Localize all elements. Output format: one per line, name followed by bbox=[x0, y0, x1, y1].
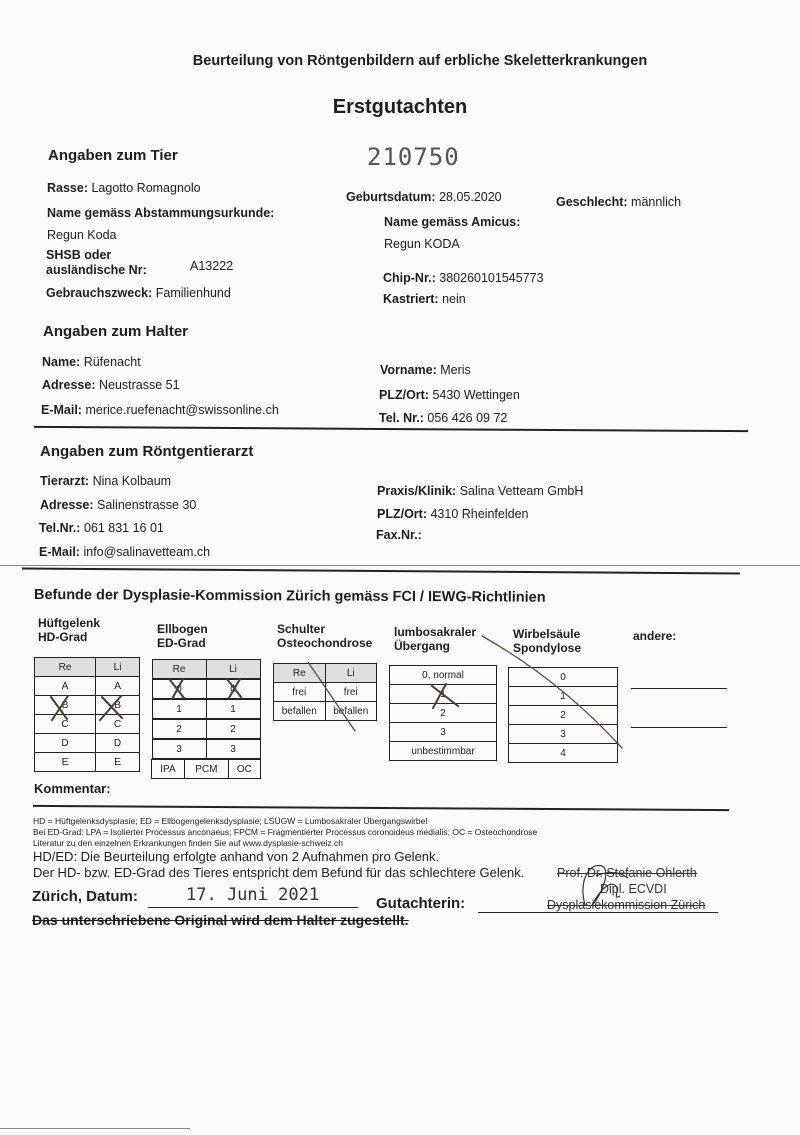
vet-clinic-value: Salina Vetteam GmbH bbox=[460, 484, 584, 498]
shoulder-re-free[interactable]: frei bbox=[274, 683, 326, 702]
divider-vet bbox=[22, 567, 740, 574]
hd-li-d[interactable]: D bbox=[96, 734, 140, 753]
spine-option-1[interactable]: 1 bbox=[509, 687, 618, 706]
vet-address-value: Salinenstrasse 30 bbox=[97, 498, 196, 512]
vet-zip-label: PLZ/Ort: bbox=[377, 507, 427, 521]
ls-option-0[interactable]: 0, normal bbox=[390, 666, 497, 685]
spine-option-2[interactable]: 2 bbox=[509, 706, 618, 725]
amicus-name-value: Regun KODA bbox=[384, 237, 460, 251]
sex-value: männlich bbox=[631, 195, 681, 209]
animal-heading: Angaben zum Tier bbox=[48, 147, 178, 164]
other-line-1[interactable] bbox=[631, 688, 727, 689]
ls-option-1[interactable]: 1 bbox=[390, 685, 497, 704]
divider-owner bbox=[34, 426, 748, 432]
owner-address-label: Adresse: bbox=[42, 378, 96, 392]
vet-clinic-label: Praxis/Klinik: bbox=[377, 484, 456, 498]
vet-phone-field: Tel.Nr.: 061 831 16 01 bbox=[39, 521, 164, 535]
owner-firstname-value: Meris bbox=[440, 363, 471, 377]
ed-li-2[interactable]: 2 bbox=[206, 720, 260, 739]
examiner-name: Prof. Dr. Stefanie Ohlerth bbox=[557, 866, 697, 880]
owner-name-value: Rüfenacht bbox=[84, 355, 141, 369]
signature-line bbox=[478, 912, 718, 913]
vet-fax-field: Fax.Nr.: bbox=[376, 528, 422, 542]
lumbosacral-title: lumbosakraler Übergang bbox=[394, 625, 476, 653]
footnote-3: Literatur zu den einzelnen Erkrankungen … bbox=[33, 838, 343, 849]
hd-re-a[interactable]: A bbox=[35, 677, 96, 696]
neutered-value: nein bbox=[442, 292, 466, 306]
hd-li-b[interactable]: B bbox=[96, 696, 140, 715]
spine-option-0[interactable]: 0 bbox=[509, 668, 618, 687]
examiner-title: Dipl. ECVDI bbox=[600, 882, 667, 896]
scan-edge-line bbox=[0, 1128, 190, 1129]
owner-phone-value: 056 426 09 72 bbox=[427, 411, 507, 425]
ed-li-0[interactable]: 0 bbox=[206, 680, 260, 699]
owner-email-value: merice.ruefenacht@swissonline.ch bbox=[85, 403, 278, 417]
vet-clinic-field: Praxis/Klinik: Salina Vetteam GmbH bbox=[377, 484, 583, 498]
hd-re-c[interactable]: C bbox=[35, 715, 96, 734]
hd-grade-table: Re Li AA BB CC DD EE bbox=[34, 657, 140, 772]
chip-label: Chip-Nr.: bbox=[383, 271, 436, 285]
ed-re-2[interactable]: 2 bbox=[152, 720, 206, 739]
stamp-number: 210750 bbox=[367, 143, 460, 171]
comment-divider bbox=[33, 805, 729, 811]
spine-option-4[interactable]: 4 bbox=[509, 744, 618, 763]
examiner-org: Dysplasiekommission Zürich bbox=[547, 898, 705, 912]
shoulder-col-re: Re bbox=[274, 664, 326, 683]
ed-type-ipa[interactable]: IPA bbox=[152, 760, 185, 779]
ed-col-re: Re bbox=[152, 660, 206, 679]
shsb-label-1: SHSB oder bbox=[46, 248, 111, 262]
vet-address-field: Adresse: Salinenstrasse 30 bbox=[40, 498, 196, 512]
comment-label: Kommentar: bbox=[34, 781, 111, 796]
birthdate-value: 28.05.2020 bbox=[439, 190, 502, 204]
hd-re-b[interactable]: B bbox=[35, 696, 96, 715]
ed-re-0[interactable]: 0 bbox=[152, 680, 206, 699]
sex-label: Geschlecht: bbox=[556, 195, 628, 209]
owner-phone-field: Tel. Nr.: 056 426 09 72 bbox=[379, 411, 507, 425]
shoulder-li-free[interactable]: frei bbox=[325, 683, 377, 702]
shoulder-title-2: Osteochondrose bbox=[277, 636, 372, 650]
findings-heading: Befunde der Dysplasie-Kommission Zürich … bbox=[34, 587, 546, 606]
ed-re-1[interactable]: 1 bbox=[152, 700, 206, 719]
footnote-2: Bei ED-Grad: LPA = Isolierter Processus … bbox=[33, 827, 537, 838]
sex-field: Geschlecht: männlich bbox=[556, 195, 681, 209]
ed-li-3[interactable]: 3 bbox=[206, 740, 260, 759]
hd-col-re: Re bbox=[35, 658, 96, 677]
examiner-label: Gutachterin: bbox=[376, 895, 465, 912]
breed-field: Rasse: Lagotto Romagnolo bbox=[47, 181, 201, 195]
original-note: Das unterschriebene Original wird dem Ha… bbox=[32, 912, 409, 928]
vet-email-field: E-Mail: info@salinavetteam.ch bbox=[39, 545, 210, 559]
purpose-value: Familienhund bbox=[156, 286, 231, 300]
owner-name-field: Name: Rüfenacht bbox=[42, 355, 141, 369]
pedigree-name-label: Name gemäss Abstammungsurkunde: bbox=[47, 206, 274, 220]
owner-zip-value: 5430 Wettingen bbox=[432, 388, 519, 402]
footnote-1: HD = Hüftgelenksdysplasie; ED = Ellbogen… bbox=[33, 816, 427, 827]
document-subtitle: Erstgutachten bbox=[0, 96, 800, 119]
note-2: Der HD- bzw. ED-Grad des Tieres entspric… bbox=[33, 865, 524, 880]
ed-col-li: Li bbox=[206, 660, 260, 679]
vet-name-label: Tierarzt: bbox=[40, 474, 89, 488]
vet-name-field: Tierarzt: Nina Kolbaum bbox=[40, 474, 171, 488]
shoulder-title: Schulter Osteochondrose bbox=[277, 622, 372, 650]
spine-title-1: Wirbelsäule bbox=[513, 627, 581, 641]
owner-address-field: Adresse: Neustrasse 51 bbox=[42, 378, 180, 392]
shoulder-col-li: Li bbox=[325, 664, 377, 683]
hd-title-2: HD-Grad bbox=[38, 630, 100, 644]
hd-title-1: Hüftgelenk bbox=[38, 616, 100, 630]
shoulder-table: Re Li freifrei befallenbefallen bbox=[273, 663, 377, 721]
ed-li-1[interactable]: 1 bbox=[206, 700, 260, 719]
ls-option-undetermined[interactable]: unbestimmbar bbox=[390, 742, 497, 761]
ed-title-1: Ellbogen bbox=[157, 622, 208, 636]
spine-option-3[interactable]: 3 bbox=[509, 725, 618, 744]
owner-phone-label: Tel. Nr.: bbox=[379, 411, 424, 425]
shsb-label-2: ausländische Nr: bbox=[46, 263, 147, 277]
owner-address-value: Neustrasse 51 bbox=[99, 378, 180, 392]
vet-email-label: E-Mail: bbox=[39, 545, 80, 559]
lumbosacral-table: 0, normal 1 2 3 unbestimmbar bbox=[389, 665, 497, 761]
chip-value: 380260101545773 bbox=[439, 271, 543, 285]
ed-title-2: ED-Grad bbox=[157, 636, 208, 650]
ed-type-pcm[interactable]: PCM bbox=[184, 760, 228, 779]
lumbosacral-title-1: lumbosakraler bbox=[394, 625, 476, 639]
vet-zip-value: 4310 Rheinfelden bbox=[430, 507, 528, 521]
owner-heading: Angaben zum Halter bbox=[43, 323, 188, 340]
scan-fold-line bbox=[0, 565, 800, 566]
owner-zip-label: PLZ/Ort: bbox=[379, 388, 429, 402]
vet-phone-label: Tel.Nr.: bbox=[39, 521, 80, 535]
birthdate-label: Geburtsdatum: bbox=[346, 190, 436, 204]
owner-firstname-label: Vorname: bbox=[380, 363, 437, 377]
hd-li-c[interactable]: C bbox=[96, 715, 140, 734]
ed-re-3[interactable]: 3 bbox=[152, 740, 206, 759]
hd-title: Hüftgelenk HD-Grad bbox=[38, 616, 100, 644]
vet-zip-field: PLZ/Ort: 4310 Rheinfelden bbox=[377, 507, 528, 521]
vet-email-value: info@salinavetteam.ch bbox=[83, 545, 210, 559]
vet-fax-label: Fax.Nr.: bbox=[376, 528, 422, 542]
breed-value: Lagotto Romagnolo bbox=[91, 181, 200, 195]
spine-title-2: Spondylose bbox=[513, 641, 581, 655]
vet-address-label: Adresse: bbox=[40, 498, 94, 512]
vet-heading: Angaben zum Röntgentierarzt bbox=[40, 443, 253, 460]
other-title: andere: bbox=[633, 629, 676, 643]
chip-field: Chip-Nr.: 380260101545773 bbox=[383, 271, 544, 285]
place-date-label: Zürich, Datum: bbox=[32, 888, 138, 905]
examiner-name-text: Prof. Dr. Stefanie Ohlerth bbox=[557, 866, 697, 880]
birthdate-field: Geburtsdatum: 28.05.2020 bbox=[346, 190, 502, 204]
neutered-field: Kastriert: nein bbox=[383, 292, 466, 306]
other-line-2[interactable] bbox=[631, 727, 727, 728]
vet-phone-value: 061 831 16 01 bbox=[84, 521, 164, 535]
note-1: HD/ED: Die Beurteilung erfolgte anhand v… bbox=[33, 849, 439, 864]
lumbosacral-title-2: Übergang bbox=[394, 639, 476, 653]
vet-name-value: Nina Kolbaum bbox=[93, 474, 172, 488]
shsb-value: A13222 bbox=[190, 259, 233, 273]
owner-name-label: Name: bbox=[42, 355, 80, 369]
owner-email-label: E-Mail: bbox=[41, 403, 82, 417]
hd-li-a[interactable]: A bbox=[96, 677, 140, 696]
hd-re-e[interactable]: E bbox=[35, 753, 96, 772]
ed-type-oc[interactable]: OC bbox=[228, 760, 260, 779]
purpose-label: Gebrauchszweck: bbox=[46, 286, 152, 300]
document-title: Beurteilung von Röntgenbildern auf erbli… bbox=[0, 53, 800, 69]
ed-grade-table: Re Li 0 0 1 1 2 2 3 3 IPA PCM OC bbox=[151, 659, 261, 779]
owner-zip-field: PLZ/Ort: 5430 Wettingen bbox=[379, 388, 520, 402]
hd-col-li: Li bbox=[96, 658, 140, 677]
hd-re-d[interactable]: D bbox=[35, 734, 96, 753]
breed-label: Rasse: bbox=[47, 181, 88, 195]
shoulder-re-affected[interactable]: befallen bbox=[274, 702, 326, 721]
sign-date: 17. Juni 2021 bbox=[186, 885, 319, 905]
spine-table: 0 1 2 3 4 bbox=[508, 667, 618, 763]
owner-firstname-field: Vorname: Meris bbox=[380, 363, 471, 377]
spine-title: Wirbelsäule Spondylose bbox=[513, 627, 581, 655]
ls-option-3[interactable]: 3 bbox=[390, 723, 497, 742]
shoulder-li-affected[interactable]: befallen bbox=[325, 702, 377, 721]
amicus-name-label: Name gemäss Amicus: bbox=[384, 215, 520, 229]
purpose-field: Gebrauchszweck: Familienhund bbox=[46, 286, 231, 300]
neutered-label: Kastriert: bbox=[383, 292, 439, 306]
ls-option-2[interactable]: 2 bbox=[390, 704, 497, 723]
shoulder-title-1: Schulter bbox=[277, 622, 372, 636]
date-line bbox=[148, 907, 358, 908]
ed-title: Ellbogen ED-Grad bbox=[157, 622, 208, 650]
pedigree-name-value: Regun Koda bbox=[47, 228, 117, 242]
owner-email-field: E-Mail: merice.ruefenacht@swissonline.ch bbox=[41, 403, 279, 417]
hd-li-e[interactable]: E bbox=[96, 753, 140, 772]
